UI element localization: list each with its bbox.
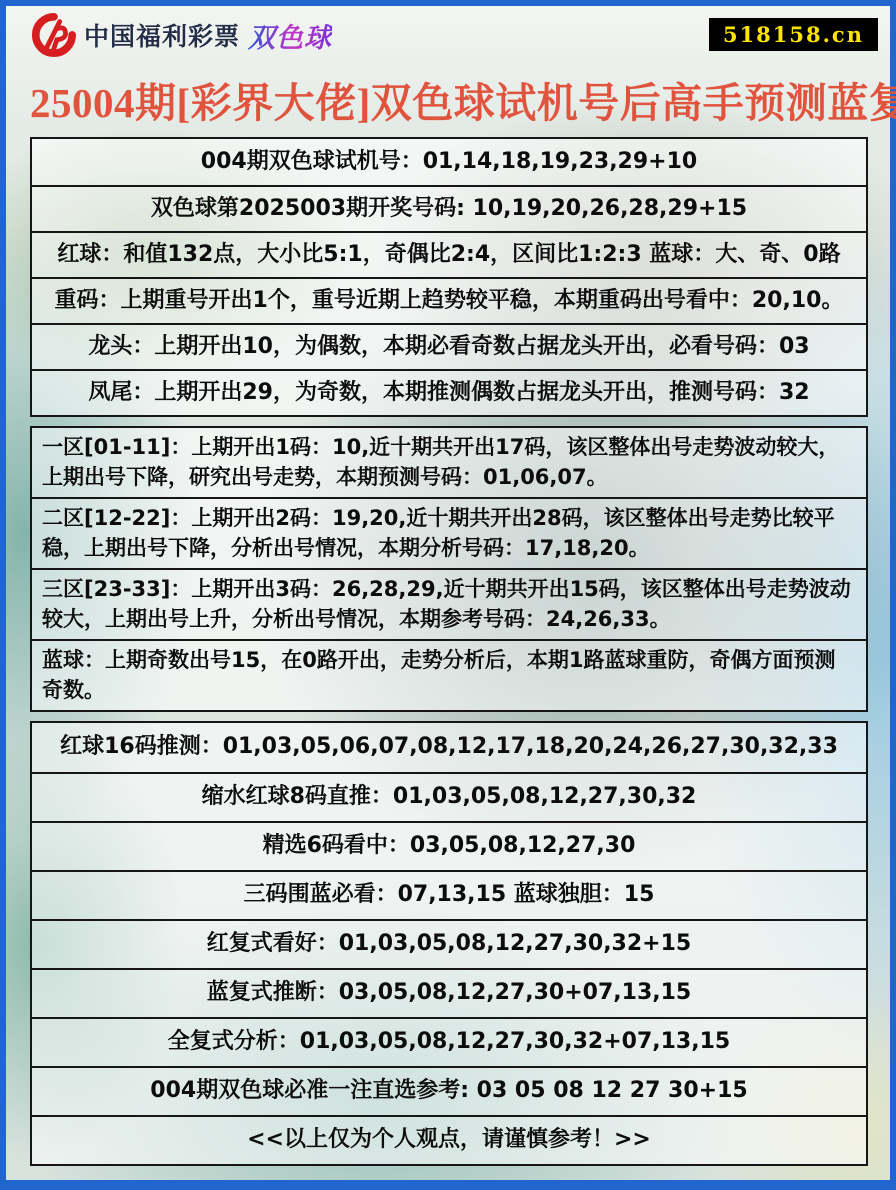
table-row: 红复式看好：01,03,05,08,12,27,30,32+15 (32, 919, 866, 968)
table-row: <<以上仅为个人观点，请谨慎参考！>> (32, 1115, 866, 1164)
table-row: 重码：上期重号开出1个，重号近期上趋势较平稳，本期重码出号看中：20,10。 (32, 277, 866, 323)
table-row: 双色球第2025003期开奖号码: 10,19,20,26,28,29+15 (32, 185, 866, 231)
summary-section: 004期双色球试机号：01,14,18,19,23,29+10 双色球第2025… (30, 137, 868, 417)
row-text: 004期双色球必准一注直选参考: 03 05 08 12 27 30+15 (150, 1075, 747, 1107)
prediction-board: 004期双色球试机号：01,14,18,19,23,29+10 双色球第2025… (30, 137, 868, 1166)
brand-text: 中国福利彩票 (84, 17, 240, 53)
row-text: 红球16码推测：01,03,05,06,07,08,12,17,18,20,24… (60, 731, 838, 763)
site-logo: 中国福利彩票 双色球 (30, 12, 332, 58)
table-row: 凤尾：上期开出29，为奇数，本期推测偶数占据龙头开出，推测号码：32 (32, 369, 866, 415)
row-text: 全复式分析：01,03,05,08,12,27,30,32+07,13,15 (168, 1026, 730, 1058)
page-title: 25004期[彩界大佬]双色球试机号后高手预测蓝复式 (30, 70, 880, 129)
table-row: 精选6码看中：03,05,08,12,27,30 (32, 821, 866, 870)
header: 中国福利彩票 双色球 518158.cn (6, 6, 890, 68)
row-text: <<以上仅为个人观点，请谨慎参考！>> (247, 1124, 651, 1156)
row-text: 三区[23-33]：上期开出3码：26,28,29,近十期共开出15码，该区整体… (42, 574, 856, 635)
table-row: 蓝复式推断：03,05,08,12,27,30+07,13,15 (32, 968, 866, 1017)
row-text: 二区[12-22]：上期开出2码：19,20,近十期共开出28码，该区整体出号走… (42, 503, 856, 564)
table-row: 004期双色球试机号：01,14,18,19,23,29+10 (32, 139, 866, 185)
site-url-badge[interactable]: 518158.cn (709, 18, 878, 51)
row-text: 龙头：上期开出10，为偶数，本期必看奇数占据龙头开出，必看号码：03 (88, 331, 809, 363)
table-row: 二区[12-22]：上期开出2码：19,20,近十期共开出28码，该区整体出号走… (32, 497, 866, 568)
row-text: 红复式看好：01,03,05,08,12,27,30,32+15 (207, 928, 691, 960)
page-frame: 中国福利彩票 双色球 518158.cn 25004期[彩界大佬]双色球试机号后… (0, 0, 896, 1190)
row-text: 一区[01-11]：上期开出1码：10,近十期共开出17码，该区整体出号走势波动… (42, 432, 856, 493)
product-text: 双色球 (248, 16, 332, 55)
table-row: 红球16码推测：01,03,05,06,07,08,12,17,18,20,24… (32, 723, 866, 772)
table-row: 蓝球：上期奇数出号15，在0路开出，走势分析后，本期1路蓝球重防，奇偶方面预测奇… (32, 639, 866, 710)
row-text: 三码围蓝必看：07,13,15 蓝球独胆：15 (244, 879, 655, 911)
table-row: 三码围蓝必看：07,13,15 蓝球独胆：15 (32, 870, 866, 919)
row-text: 004期双色球试机号：01,14,18,19,23,29+10 (201, 146, 697, 178)
table-row: 004期双色球必准一注直选参考: 03 05 08 12 27 30+15 (32, 1066, 866, 1115)
row-text: 缩水红球8码直推：01,03,05,08,12,27,30,32 (202, 781, 697, 813)
row-text: 蓝球：上期奇数出号15，在0路开出，走势分析后，本期1路蓝球重防，奇偶方面预测奇… (42, 645, 856, 706)
cwl-logo-icon (30, 12, 76, 58)
row-text: 双色球第2025003期开奖号码: 10,19,20,26,28,29+15 (151, 193, 747, 225)
table-row: 全复式分析：01,03,05,08,12,27,30,32+07,13,15 (32, 1017, 866, 1066)
row-text: 重码：上期重号开出1个，重号近期上趋势较平稳，本期重码出号看中：20,10。 (55, 285, 844, 317)
row-text: 凤尾：上期开出29，为奇数，本期推测偶数占据龙头开出，推测号码：32 (88, 377, 809, 409)
picks-section: 红球16码推测：01,03,05,06,07,08,12,17,18,20,24… (30, 721, 868, 1166)
table-row: 一区[01-11]：上期开出1码：10,近十期共开出17码，该区整体出号走势波动… (32, 428, 866, 497)
row-text: 红球：和值132点，大小比5:1，奇偶比2:4，区间比1:2:3 蓝球：大、奇、… (57, 239, 840, 271)
row-text: 精选6码看中：03,05,08,12,27,30 (263, 830, 636, 862)
table-row: 缩水红球8码直推：01,03,05,08,12,27,30,32 (32, 772, 866, 821)
zones-section: 一区[01-11]：上期开出1码：10,近十期共开出17码，该区整体出号走势波动… (30, 426, 868, 712)
table-row: 龙头：上期开出10，为偶数，本期必看奇数占据龙头开出，必看号码：03 (32, 323, 866, 369)
table-row: 三区[23-33]：上期开出3码：26,28,29,近十期共开出15码，该区整体… (32, 568, 866, 639)
table-row: 红球：和值132点，大小比5:1，奇偶比2:4，区间比1:2:3 蓝球：大、奇、… (32, 231, 866, 277)
row-text: 蓝复式推断：03,05,08,12,27,30+07,13,15 (207, 977, 691, 1009)
